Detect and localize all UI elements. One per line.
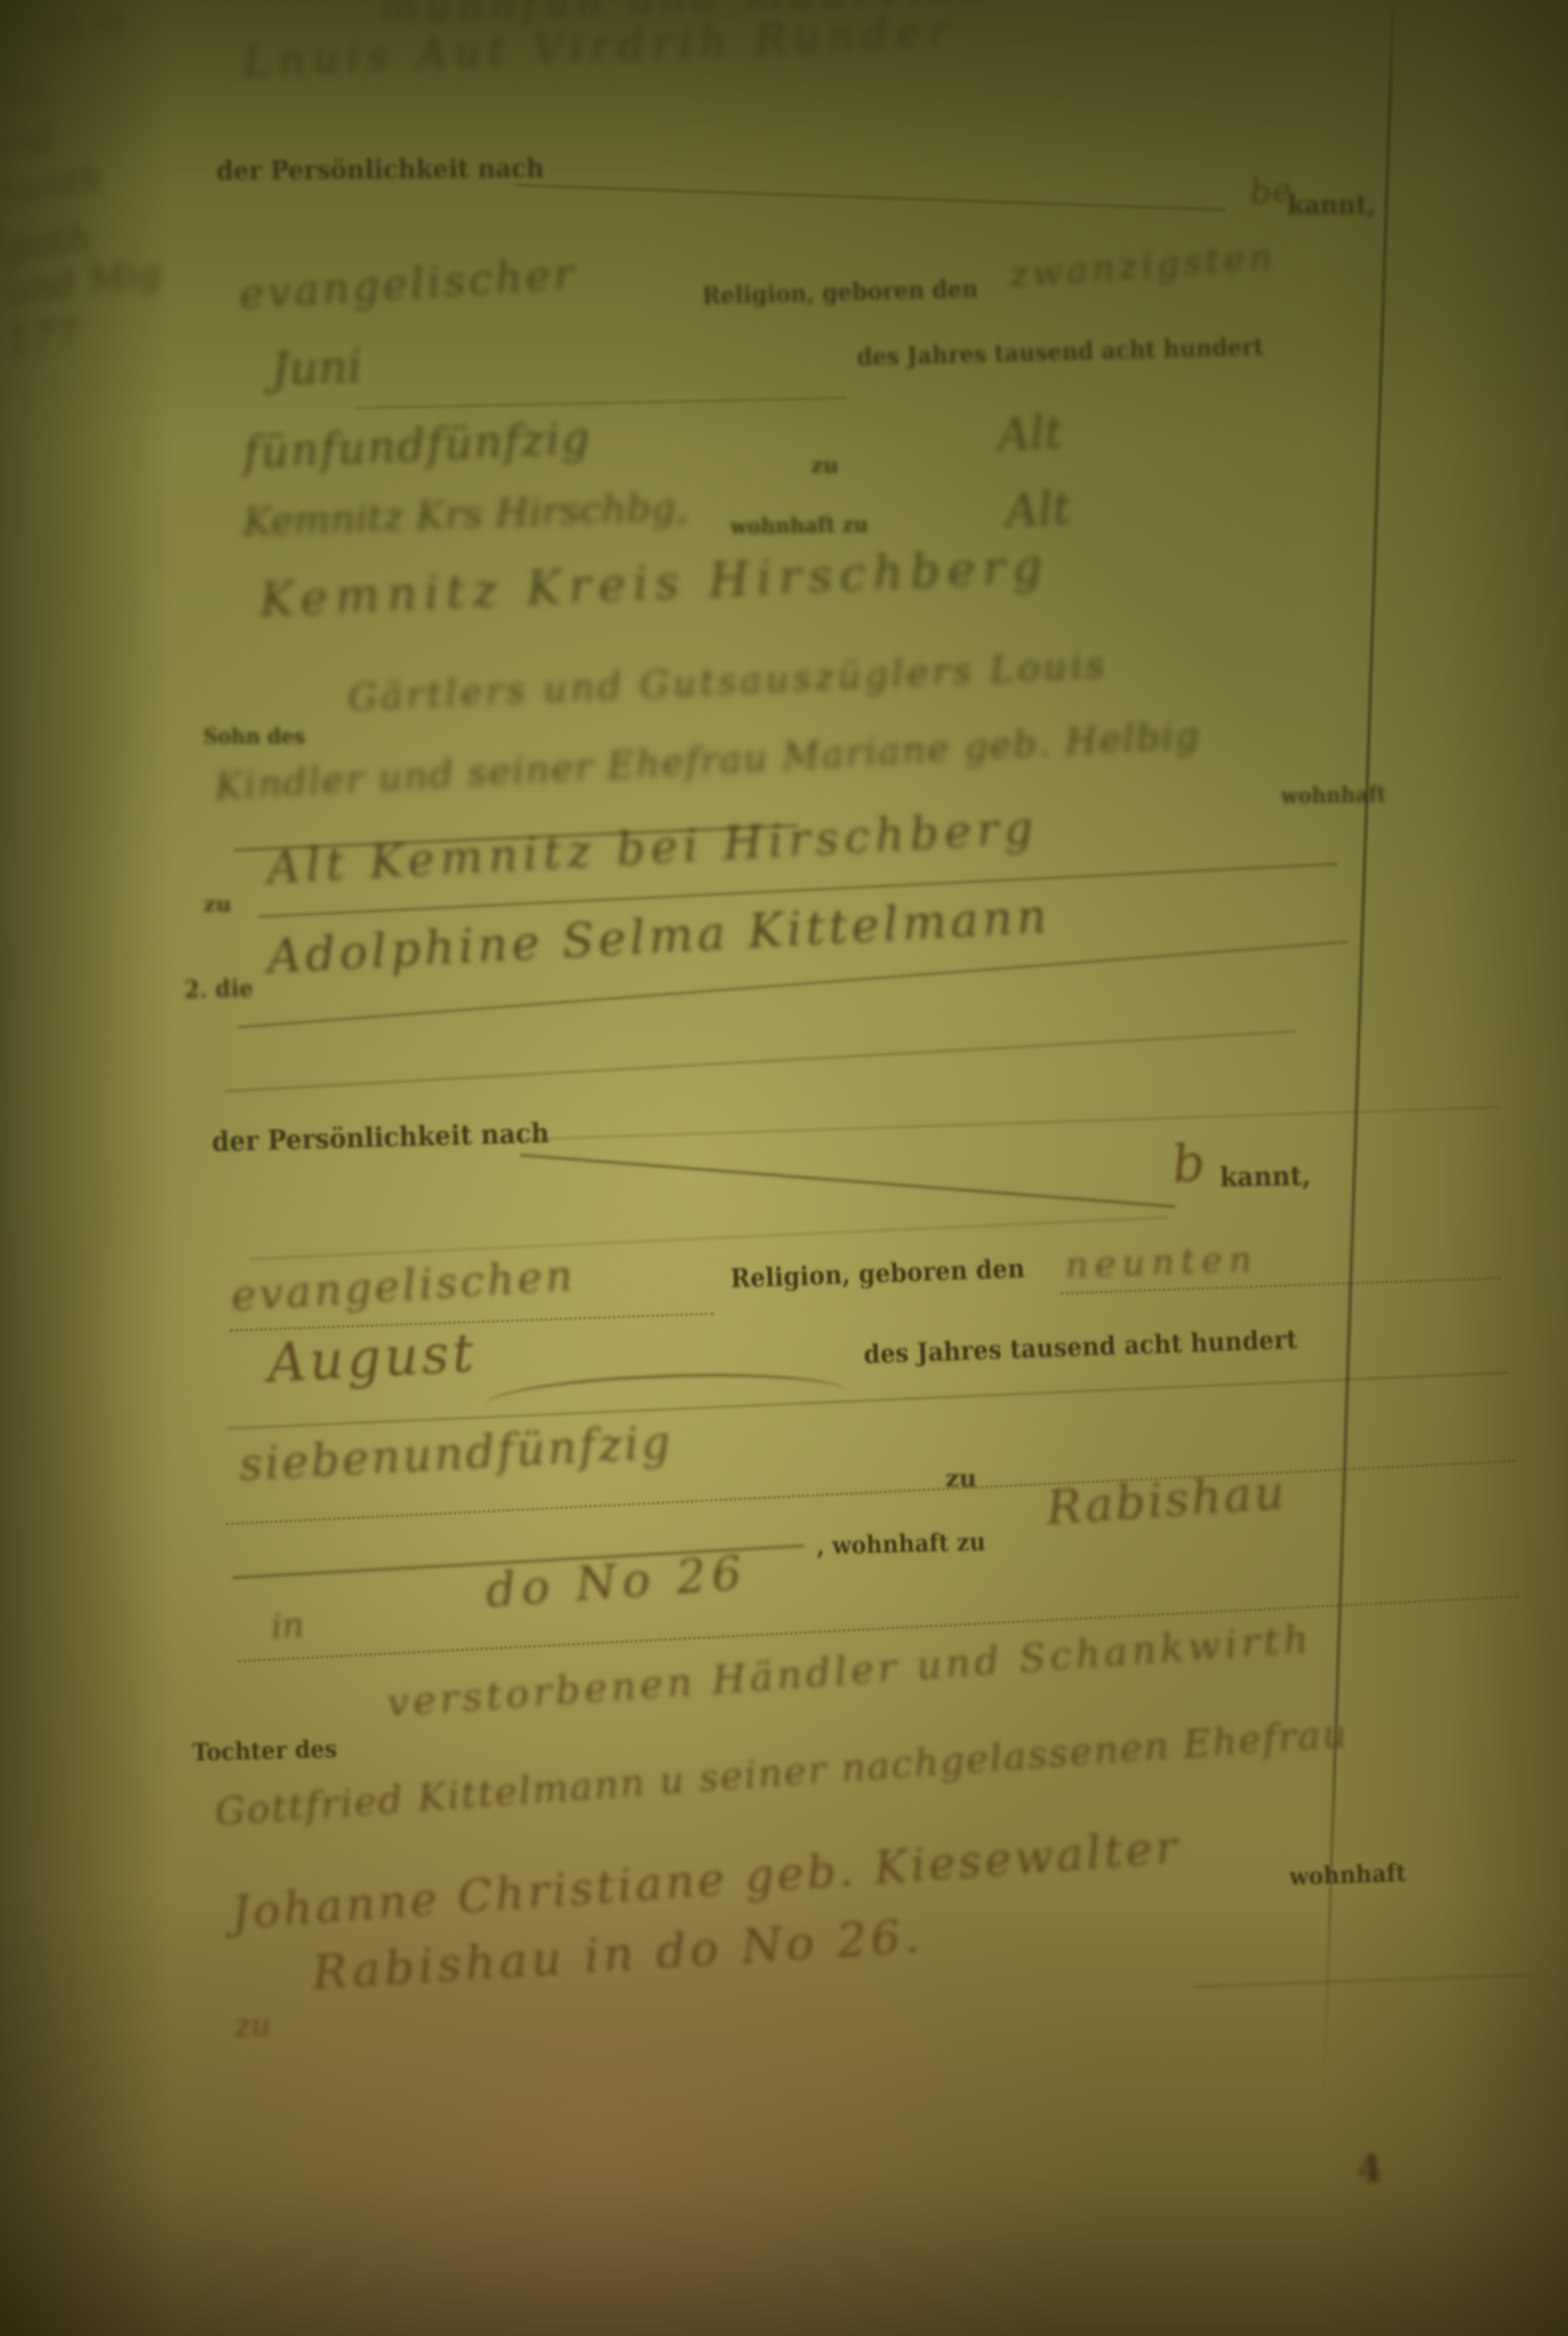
birth-year-value: siebenundfünfzig	[238, 1416, 673, 1491]
entry2-number-label: 2. die	[184, 975, 253, 1004]
persoenlichkeit-label: der Persönlichkeit nach	[216, 152, 544, 186]
residence-line2: Kemnitz Kreis Hirschberg	[258, 538, 1050, 628]
mother-line: Kindler und seiner Ehefrau Mariane geb. …	[214, 713, 1201, 808]
religion-value: evangelischen	[230, 1252, 577, 1321]
zu-label: zu	[811, 453, 839, 478]
zu-handwritten: zu	[234, 2007, 272, 2044]
birth-month-value: August	[266, 1321, 478, 1394]
father-name-line: Gottfried Kittelmann u seiner nachgelass…	[214, 1712, 1349, 1835]
father-line: Gärtlers und Gutsauszüglers Louis	[347, 643, 1108, 720]
rule-line	[1194, 1974, 1533, 1988]
wohnhaft-zu-label: wohnhaft zu	[730, 512, 869, 540]
sohn-des-label: Sohn des	[203, 724, 305, 749]
entry2-name: Adolphine Selma Kittelmann	[266, 888, 1052, 984]
column-divider-line	[1322, 0, 1395, 2096]
residence-value: Alt	[1004, 482, 1072, 538]
pen-stroke	[520, 1153, 1176, 1208]
birth-day-value: neunten	[1065, 1239, 1259, 1287]
margin-fragment: 177	[4, 311, 84, 365]
residence-value: Rabishau	[1045, 1464, 1288, 1536]
blank-fill-line	[516, 184, 1226, 211]
blank-fill-line	[355, 397, 847, 409]
bekannt-label: kannt,	[1220, 1160, 1311, 1194]
birth-year-value: fünfundfünfzig	[242, 412, 592, 478]
rule-line	[224, 1031, 1295, 1092]
rule-line	[516, 1107, 1499, 1141]
page-number: 4	[1355, 2146, 1384, 2192]
margin-fragment: mu	[0, 69, 48, 115]
birth-place-line2: Kemnitz Krs Hirschbg,	[242, 485, 689, 545]
year-label: des Jahres tausend acht hundert	[857, 333, 1264, 372]
bekannt-handwritten-prefix: b	[1170, 1133, 1207, 1195]
registry-document-photo: uh m mu nnd munth dgath t und Mig 177 mu…	[0, 0, 1568, 2336]
wohnhaft-zu-label: , wohnhaft zu	[816, 1529, 986, 1561]
religion-value: evangelischer	[238, 250, 578, 319]
zu-label: zu	[203, 892, 231, 917]
residence-line2-number: do No 26	[484, 1545, 749, 1617]
religion-label: Religion, geboren den	[730, 1253, 1025, 1294]
birth-day-value: zwanzigsten	[1008, 236, 1277, 296]
tochter-des-label: Tochter des	[192, 1735, 337, 1767]
parents-residence-value: Alt Kemnitz bei Hirschberg	[266, 802, 1040, 895]
pen-flourish	[484, 1368, 848, 1405]
father-occupation-line: verstorbenen Händler und Schankwirth	[386, 1616, 1314, 1726]
margin-fragment: munth	[0, 156, 106, 212]
wohnhaft-label: wohnhaft	[1281, 782, 1387, 809]
persoenlichkeit-label: der Persönlichkeit nach	[211, 1117, 549, 1158]
bekannt-handwritten-prefix: be	[1249, 169, 1293, 211]
year-label: des Jahres tausend acht hundert	[863, 1324, 1298, 1370]
religion-label: Religion, geboren den	[702, 275, 978, 311]
margin-fragment: nnd	[0, 119, 56, 166]
bekannt-label: kannt,	[1287, 189, 1375, 220]
pen-stroke	[250, 1216, 1169, 1260]
residence-line2-in: in	[270, 1605, 305, 1646]
birth-place-value: Alt	[996, 407, 1064, 462]
wohnhaft-label: wohnhaft	[1289, 1859, 1407, 1892]
birth-month-value: Juni	[270, 340, 363, 396]
margin-fragment: uh m	[36, 1, 127, 49]
